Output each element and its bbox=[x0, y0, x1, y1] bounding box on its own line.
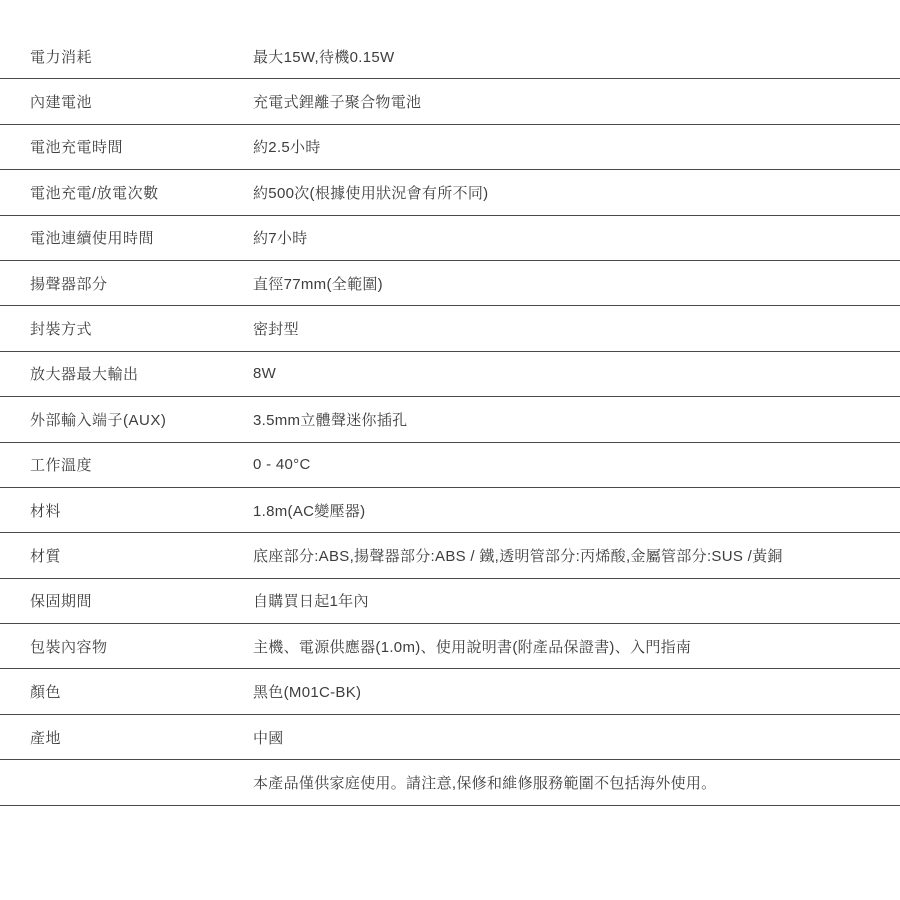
spec-value: 約2.5小時 bbox=[253, 136, 900, 157]
spec-label: 揚聲器部分 bbox=[0, 273, 253, 294]
spec-value: 3.5mm立體聲迷你插孔 bbox=[253, 409, 900, 430]
spec-value: 約7小時 bbox=[253, 227, 900, 248]
spec-value: 中國 bbox=[253, 727, 900, 748]
spec-row: 材質 底座部分:ABS,揚聲器部分:ABS / 鐵,透明管部分:丙烯酸,金屬管部… bbox=[0, 533, 900, 578]
spec-label: 保固期間 bbox=[0, 590, 253, 611]
spec-row: 材料 1.8m(AC變壓器) bbox=[0, 488, 900, 533]
spec-value: 約500次(根據使用狀況會有所不同) bbox=[253, 182, 900, 203]
spec-row: 包裝內容物 主機、電源供應器(1.0m)、使用說明書(附產品保證書)、入門指南 bbox=[0, 624, 900, 669]
spec-value: 0 - 40°C bbox=[253, 456, 900, 473]
spec-label: 產地 bbox=[0, 727, 253, 748]
spec-row: 本產品僅供家庭使用。請注意,保修和維修服務範圍不包括海外使用。 bbox=[0, 760, 900, 805]
spec-row: 放大器最大輸出 8W bbox=[0, 352, 900, 397]
spec-row: 外部輸入端子(AUX) 3.5mm立體聲迷你插孔 bbox=[0, 397, 900, 442]
spec-row: 內建電池 充電式鋰離子聚合物電池 bbox=[0, 79, 900, 124]
spec-value: 自購買日起1年內 bbox=[253, 590, 900, 611]
spec-row: 揚聲器部分 直徑77mm(全範圍) bbox=[0, 261, 900, 306]
spec-label: 包裝內容物 bbox=[0, 636, 253, 657]
spec-row: 顏色 黑色(M01C-BK) bbox=[0, 669, 900, 714]
spec-value: 密封型 bbox=[253, 318, 900, 339]
spec-value: 直徑77mm(全範圍) bbox=[253, 273, 900, 294]
spec-value: 充電式鋰離子聚合物電池 bbox=[253, 91, 900, 112]
spec-label: 封裝方式 bbox=[0, 318, 253, 339]
spec-label: 外部輸入端子(AUX) bbox=[0, 409, 253, 430]
spec-value: 主機、電源供應器(1.0m)、使用說明書(附產品保證書)、入門指南 bbox=[253, 636, 900, 657]
spec-label: 電池充電/放電次數 bbox=[0, 182, 253, 203]
spec-value: 8W bbox=[253, 365, 900, 382]
spec-row: 電池充電時間 約2.5小時 bbox=[0, 125, 900, 170]
spec-label: 內建電池 bbox=[0, 91, 253, 112]
spec-value: 本產品僅供家庭使用。請注意,保修和維修服務範圍不包括海外使用。 bbox=[253, 772, 900, 793]
spec-row: 電池充電/放電次數 約500次(根據使用狀況會有所不同) bbox=[0, 170, 900, 215]
spec-row: 封裝方式 密封型 bbox=[0, 306, 900, 351]
spec-label: 工作溫度 bbox=[0, 454, 253, 475]
spec-label: 電池連續使用時間 bbox=[0, 227, 253, 248]
spec-label: 材料 bbox=[0, 500, 253, 521]
spec-label: 顏色 bbox=[0, 681, 253, 702]
spec-value: 最大15W,待機0.15W bbox=[253, 46, 900, 67]
spec-row: 產地 中國 bbox=[0, 715, 900, 760]
spec-value: 底座部分:ABS,揚聲器部分:ABS / 鐵,透明管部分:丙烯酸,金屬管部分:S… bbox=[253, 545, 900, 566]
spec-value: 黑色(M01C-BK) bbox=[253, 681, 900, 702]
spec-row: 電力消耗 最大15W,待機0.15W bbox=[0, 34, 900, 79]
spec-table: 電力消耗 最大15W,待機0.15W 內建電池 充電式鋰離子聚合物電池 電池充電… bbox=[0, 34, 900, 806]
spec-label: 電力消耗 bbox=[0, 46, 253, 67]
spec-value: 1.8m(AC變壓器) bbox=[253, 500, 900, 521]
spec-label: 材質 bbox=[0, 545, 253, 566]
spec-row: 電池連續使用時間 約7小時 bbox=[0, 216, 900, 261]
spec-row: 保固期間 自購買日起1年內 bbox=[0, 579, 900, 624]
spec-row: 工作溫度 0 - 40°C bbox=[0, 443, 900, 488]
spec-label: 放大器最大輸出 bbox=[0, 363, 253, 384]
spec-label: 電池充電時間 bbox=[0, 136, 253, 157]
